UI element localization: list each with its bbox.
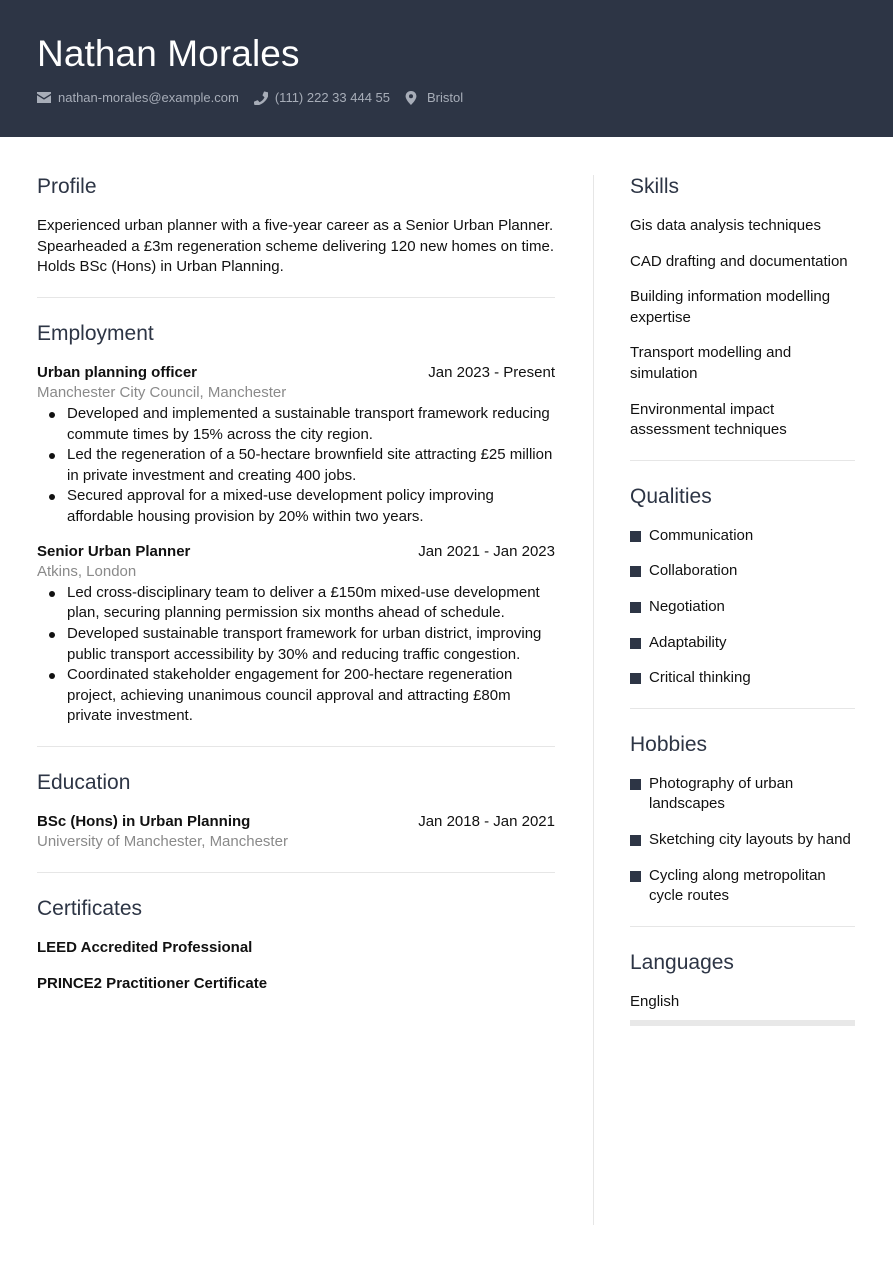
square-bullet-icon — [630, 531, 641, 542]
certificates-title: Certificates — [37, 897, 555, 921]
languages-title: Languages — [630, 951, 855, 975]
hobby-item: Photography of urban landscapes — [630, 774, 855, 815]
contact-email[interactable]: nathan-morales@example.com — [37, 90, 239, 105]
quality-label: Critical thinking — [649, 668, 751, 689]
languages-section: Languages English — [630, 951, 855, 1046]
skill-item: Transport modelling and simulation — [630, 343, 855, 384]
skills-title: Skills — [630, 175, 855, 199]
square-bullet-icon — [630, 602, 641, 613]
job-dates: Jan 2021 - Jan 2023 — [418, 542, 555, 563]
hobby-label: Cycling along metropolitan cycle routes — [649, 866, 855, 907]
qualities-title: Qualities — [630, 485, 855, 509]
quality-item: Critical thinking — [630, 668, 855, 689]
quality-item: Communication — [630, 526, 855, 547]
education-dates: Jan 2018 - Jan 2021 — [418, 812, 555, 833]
achievement-item: Led cross-disciplinary team to deliver a… — [37, 583, 555, 624]
quality-item: Negotiation — [630, 597, 855, 618]
quality-label: Collaboration — [649, 561, 737, 582]
job-employer: Manchester City Council, Manchester — [37, 383, 555, 404]
square-bullet-icon — [630, 835, 641, 846]
quality-item: Adaptability — [630, 633, 855, 654]
map-pin-icon — [405, 91, 417, 105]
job-achievements: Developed and implemented a sustainable … — [37, 404, 555, 528]
candidate-name: Nathan Morales — [37, 33, 300, 75]
profile-text: Experienced urban planner with a five-ye… — [37, 216, 555, 278]
achievement-item: Led the regeneration of a 50-hectare bro… — [37, 445, 555, 486]
contact-phone[interactable]: (111) 222 33 444 55 — [254, 90, 390, 105]
job-title: Urban planning officer — [37, 363, 197, 384]
quality-label: Adaptability — [649, 633, 727, 654]
degree-title: BSc (Hons) in Urban Planning — [37, 812, 250, 833]
language-level-bar — [630, 1020, 855, 1026]
achievement-item: Developed and implemented a sustainable … — [37, 404, 555, 445]
phone-text: (111) 222 33 444 55 — [275, 90, 390, 105]
email-text: nathan-morales@example.com — [58, 90, 239, 105]
square-bullet-icon — [630, 638, 641, 649]
certificate-item: PRINCE2 Practitioner Certificate — [37, 974, 555, 995]
skill-item: Environmental impact assessment techniqu… — [630, 400, 855, 441]
skill-item: CAD drafting and documentation — [630, 252, 855, 273]
square-bullet-icon — [630, 779, 641, 790]
profile-section: Profile Experienced urban planner with a… — [37, 175, 555, 298]
job-employer: Atkins, London — [37, 562, 555, 583]
achievement-item: Coordinated stakeholder engagement for 2… — [37, 665, 555, 727]
achievement-item: Secured approval for a mixed-use develop… — [37, 486, 555, 527]
hobby-item: Sketching city layouts by hand — [630, 830, 855, 851]
education-title: Education — [37, 771, 555, 795]
phone-icon — [254, 91, 268, 105]
hobby-item: Cycling along metropolitan cycle routes — [630, 866, 855, 907]
skill-item: Building information modelling expertise — [630, 287, 855, 328]
certificate-item: LEED Accredited Professional — [37, 938, 555, 959]
quality-label: Communication — [649, 526, 753, 547]
job-achievements: Led cross-disciplinary team to deliver a… — [37, 583, 555, 727]
skills-section: Skills Gis data analysis techniques CAD … — [630, 175, 855, 461]
job-entry: Senior Urban Planner Jan 2021 - Jan 2023… — [37, 542, 555, 727]
square-bullet-icon — [630, 566, 641, 577]
education-entry: BSc (Hons) in Urban Planning Jan 2018 - … — [37, 812, 555, 853]
profile-title: Profile — [37, 175, 555, 199]
quality-item: Collaboration — [630, 561, 855, 582]
column-divider — [593, 175, 594, 1225]
envelope-icon — [37, 92, 51, 103]
square-bullet-icon — [630, 871, 641, 882]
square-bullet-icon — [630, 673, 641, 684]
school-name: University of Manchester, Manchester — [37, 832, 555, 853]
achievement-item: Developed sustainable transport framewor… — [37, 624, 555, 665]
contact-location: Bristol — [405, 90, 463, 105]
employment-title: Employment — [37, 322, 555, 346]
certificates-section: Certificates LEED Accredited Professiona… — [37, 897, 555, 1013]
side-column: Skills Gis data analysis techniques CAD … — [630, 175, 855, 1069]
language-name: English — [630, 992, 855, 1013]
qualities-section: Qualities Communication Collaboration Ne… — [630, 485, 855, 709]
location-text: Bristol — [427, 90, 463, 105]
job-dates: Jan 2023 - Present — [428, 363, 555, 384]
hobby-label: Sketching city layouts by hand — [649, 830, 851, 851]
hobby-label: Photography of urban landscapes — [649, 774, 855, 815]
employment-section: Employment Urban planning officer Jan 20… — [37, 322, 555, 747]
main-column: Profile Experienced urban planner with a… — [37, 175, 555, 1037]
job-entry: Urban planning officer Jan 2023 - Presen… — [37, 363, 555, 528]
skill-item: Gis data analysis techniques — [630, 216, 855, 237]
hobbies-title: Hobbies — [630, 733, 855, 757]
quality-label: Negotiation — [649, 597, 725, 618]
hobbies-section: Hobbies Photography of urban landscapes … — [630, 733, 855, 927]
resume-header: Nathan Morales nathan-morales@example.co… — [0, 0, 893, 137]
job-title: Senior Urban Planner — [37, 542, 190, 563]
contact-info: nathan-morales@example.com (111) 222 33 … — [37, 90, 478, 105]
education-section: Education BSc (Hons) in Urban Planning J… — [37, 771, 555, 873]
